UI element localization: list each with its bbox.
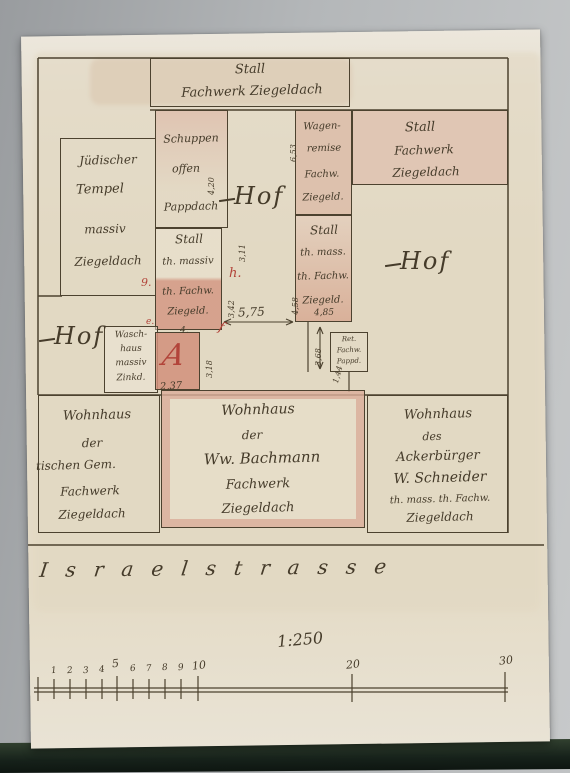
schuppen-label: Schuppen xyxy=(163,131,219,145)
house-left-label: der xyxy=(82,436,103,451)
shed-small-label: Fachw. xyxy=(337,346,362,355)
house-center-label: Ziegeldach xyxy=(221,500,294,517)
dim-stall-mid-left-d1: 3,11 xyxy=(238,244,247,262)
house-center-label: der xyxy=(242,428,263,443)
stall-mid-left-label: Ziegeld. xyxy=(167,305,208,317)
stall-right-label: Ziegeldach xyxy=(392,164,460,180)
house-left-label: Ziegeldach xyxy=(58,506,126,522)
temple-label: Ziegeldach xyxy=(74,253,142,269)
red-mark-e: e. xyxy=(146,317,154,327)
dimension-arrow-5-75 xyxy=(224,319,293,325)
waschhaus-label: haus xyxy=(120,344,142,355)
courtyard-left-label: Hof xyxy=(54,322,104,350)
stall-mid-left-label: th. Fachw. xyxy=(162,285,214,297)
scale-tick-label: 1 xyxy=(50,666,57,677)
stall-mid-right-label: Ziegeld. xyxy=(302,294,343,306)
waschhaus-label: Zinkd. xyxy=(116,373,145,384)
stall-right-label: Fachwerk xyxy=(394,142,454,158)
scale-tick-label: 5 xyxy=(111,657,119,671)
scale-tick-label: 9 xyxy=(177,663,184,674)
scale-tick-label: 7 xyxy=(145,664,152,675)
dim-between-stalls: 5,75 xyxy=(238,305,265,320)
stall-mid-left-label: th. massiv xyxy=(162,255,214,267)
scale-tick-label: 8 xyxy=(161,663,168,674)
dim-stall-mid-left-base: 4. xyxy=(180,326,189,336)
schuppen-label: Pappdach xyxy=(164,199,219,213)
schuppen-label: offen xyxy=(172,162,200,176)
courtyard-center-label: Hof xyxy=(234,182,284,210)
stall-top-label: Stall xyxy=(235,62,266,78)
scale-tick-label: 3 xyxy=(82,666,89,677)
scale-text: 1:250 xyxy=(276,628,324,651)
house-center-label: Wohnhaus xyxy=(221,401,295,419)
courtyard-right-label: Hof xyxy=(400,247,450,275)
dim-a-height: 3,18 xyxy=(205,360,214,378)
shed-small-label: Ret. xyxy=(342,335,357,343)
street-name: Israelstrasse xyxy=(38,554,406,582)
dim-schuppen-depth: 4,20 xyxy=(207,177,216,195)
wagenremise-label: Fachw. xyxy=(304,169,339,181)
temple-label: Tempel xyxy=(76,181,124,197)
dim-a-width: 2,37 xyxy=(160,380,183,392)
house-right-label: Ackerbürger xyxy=(396,448,480,465)
dim-wagenremise-depth: 6,53 xyxy=(289,144,298,162)
waschhaus-label: massiv xyxy=(115,358,146,369)
house-right-label: des xyxy=(422,430,442,443)
house-left-label: Fachwerk xyxy=(60,483,120,499)
wagenremise-label: Wagen- xyxy=(303,121,341,133)
house-right-label: Wohnhaus xyxy=(404,406,473,423)
scale-tick-label: 4 xyxy=(98,665,105,676)
house-right-label: W. Schneider xyxy=(393,469,486,487)
scale-tick-label: 30 xyxy=(498,653,513,667)
house-left-label: Wohnhaus xyxy=(63,407,132,424)
scale-tick-label: 2 xyxy=(66,666,73,677)
stall-mid-right-label: th. mass. xyxy=(300,246,346,258)
waschhaus-label: Wasch- xyxy=(115,330,148,341)
dim-stall-mid-left-d2: 3,42 xyxy=(227,300,236,318)
stall-mid-right-label: Stall xyxy=(310,223,338,238)
temple-label: Jüdischer xyxy=(79,152,137,168)
scale-tick-label: 10 xyxy=(191,658,206,672)
shed-small-label: Pappd. xyxy=(337,357,361,366)
house-left-label: tischen Gem. xyxy=(36,457,116,473)
scale-bar xyxy=(34,672,508,702)
house-center-label: Ww. Bachmann xyxy=(204,447,321,468)
scale-tick-label: 6 xyxy=(129,664,136,675)
house-center-label: Fachwerk xyxy=(226,476,291,493)
photo-of-site-plan: Stall Fachwerk Ziegeldach Jüdischer Temp… xyxy=(0,0,570,760)
stall-right-label: Stall xyxy=(405,120,436,136)
wagenremise-label: remise xyxy=(307,143,342,155)
red-mark-9: 9. xyxy=(141,276,152,289)
wagenremise-label: Ziegeld. xyxy=(302,191,343,203)
dim-stall-mid-right-depth: 4,58 xyxy=(291,297,300,315)
scale-tick-label: 20 xyxy=(345,657,360,671)
dim-stall-mid-right-width: 4,85 xyxy=(314,308,334,319)
dim-shed-height: 3,68 xyxy=(314,348,323,366)
house-right-label: Ziegeldach xyxy=(406,509,474,525)
temple-label: massiv xyxy=(84,221,126,236)
stall-mid-left-label: Stall xyxy=(175,232,203,247)
red-mark-h: h. xyxy=(229,266,242,281)
stall-mid-right-label: th. Fachw. xyxy=(297,270,349,282)
site-plan-drawing: Stall Fachwerk Ziegeldach Jüdischer Temp… xyxy=(0,0,570,760)
